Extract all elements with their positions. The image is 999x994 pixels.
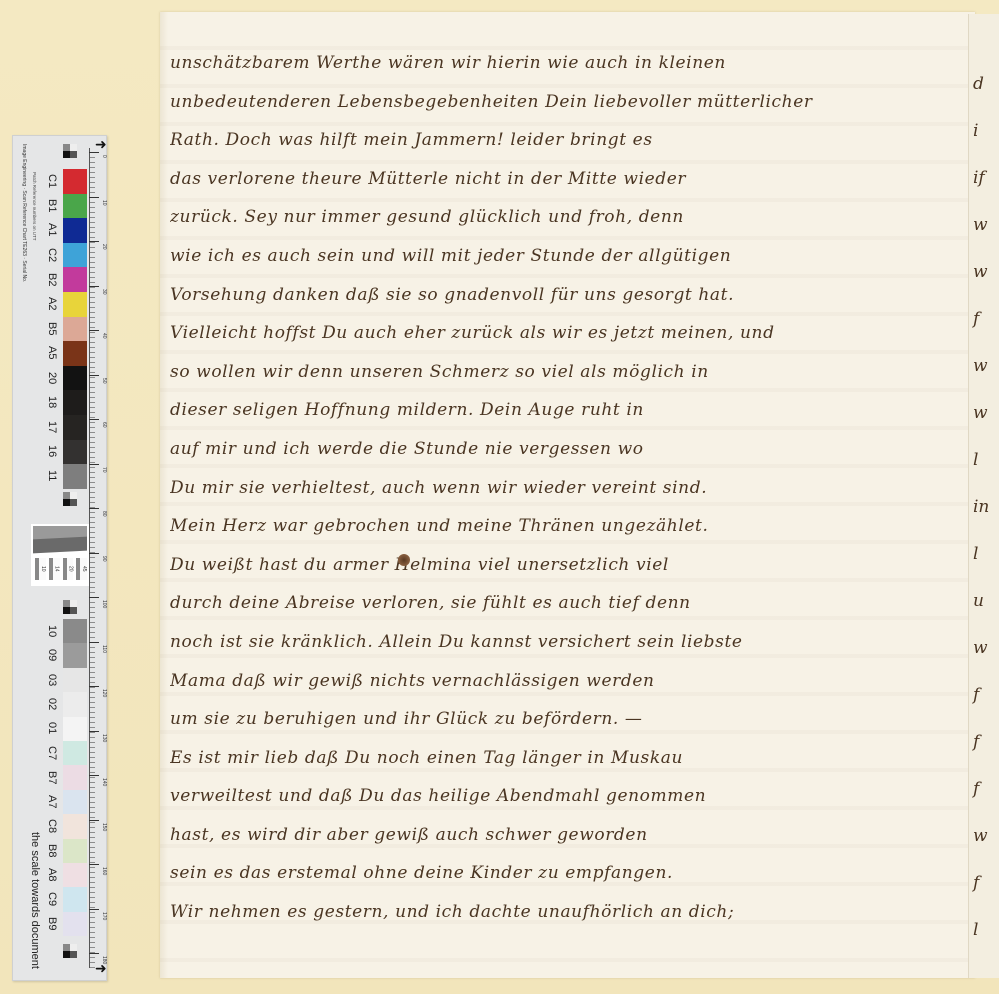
ruler-number: 0 xyxy=(97,155,107,158)
handwritten-line: Rath. Doch was hilft mein Jammern! leide… xyxy=(170,121,970,160)
handwritten-line: Vorsehung danken daß sie so gnadenvoll f… xyxy=(170,276,970,315)
ruler-number: 10 xyxy=(97,200,107,206)
color-patch-c1 xyxy=(63,169,87,194)
ruler-tick xyxy=(89,775,99,776)
ruler-tick xyxy=(89,152,99,153)
adjacent-page-fragment: d xyxy=(973,74,984,94)
patch-label: C9 xyxy=(41,887,63,911)
adjacent-page-fragment: w xyxy=(973,215,988,235)
patch-label: A8 xyxy=(41,863,63,887)
ruler-tick xyxy=(89,909,99,910)
color-patch-10 xyxy=(63,619,87,643)
patch-label: A7 xyxy=(41,790,63,814)
ruler-tick xyxy=(89,241,99,242)
ruler-number: 20 xyxy=(97,244,107,250)
patch-label: 01 xyxy=(41,717,63,741)
handwritten-line: wie ich es auch sein und will mit jeder … xyxy=(170,237,970,276)
ruler-number: 170 xyxy=(97,912,107,920)
handwritten-line: sein es das erstemal ohne deine Kinder z… xyxy=(170,854,970,893)
patch-label: 10 xyxy=(41,619,63,643)
color-patch-20 xyxy=(63,366,87,391)
ruler-tick xyxy=(89,375,99,376)
handwritten-line: Mama daß wir gewiß nichts vernachlässige… xyxy=(170,662,970,701)
color-patch-b7 xyxy=(63,765,87,789)
color-patch-c7 xyxy=(63,741,87,765)
ruler-tick xyxy=(89,686,99,687)
ruler-tick xyxy=(89,864,99,865)
color-patch-a2 xyxy=(63,292,87,317)
chart-manufacturer-text: Image Engineering · Scan Reference Chart… xyxy=(15,144,27,644)
handwritten-line: unschätzbarem Werthe wären wir hierin wi… xyxy=(170,44,970,83)
patch-label: B1 xyxy=(41,194,63,218)
ruler-tick xyxy=(89,642,99,643)
ruler-tick xyxy=(89,820,99,821)
ruler-number: 30 xyxy=(97,289,107,295)
adjacent-page-fragment: f xyxy=(973,873,979,893)
resolution-label: 14 xyxy=(49,558,60,580)
color-patch-b1 xyxy=(63,194,87,219)
ruler-tick xyxy=(89,731,99,732)
resolution-label: 10 xyxy=(35,558,46,580)
color-patch-c2 xyxy=(63,243,87,268)
adjacent-page-fragment: l xyxy=(973,544,978,564)
ruler-number: 110 xyxy=(97,645,107,653)
adjacent-page-fragment: f xyxy=(973,309,979,329)
patch-label: B2 xyxy=(41,267,63,291)
adjacent-page-fragment: w xyxy=(973,638,988,658)
color-patch-17 xyxy=(63,415,87,440)
adjacent-page-fragment: in xyxy=(973,497,989,517)
ruler-number: 160 xyxy=(97,867,107,875)
color-patch-b8 xyxy=(63,839,87,863)
scale-orientation-note: the scale towards document xyxy=(27,832,41,972)
handwritten-line: verweiltest und daß Du das heilige Abend… xyxy=(170,777,970,816)
patch-label: 09 xyxy=(41,643,63,667)
patch-label: A5 xyxy=(41,341,63,365)
adjacent-page-fragment: w xyxy=(973,403,988,423)
ruler-number: 130 xyxy=(97,734,107,742)
color-patch-11 xyxy=(63,464,87,489)
ruler-number: 140 xyxy=(97,778,107,786)
ruler-tick xyxy=(89,553,99,554)
ruler-number: 100 xyxy=(97,600,107,608)
color-patch-a5 xyxy=(63,341,87,366)
color-patch-01 xyxy=(63,717,87,741)
resolution-label: 45 xyxy=(76,558,87,580)
letter-page: unschätzbarem Werthe wären wir hierin wi… xyxy=(160,12,975,978)
color-patch-a8 xyxy=(63,863,87,887)
adjacent-page-fragment: u xyxy=(973,591,984,611)
patch-label: 03 xyxy=(41,668,63,692)
adjacent-page-fragment: if xyxy=(973,168,985,188)
handwritten-line: so wollen wir denn unseren Schmerz so vi… xyxy=(170,353,970,392)
gray-target-bottom xyxy=(63,944,77,958)
handwritten-line: zurück. Sey nur immer gesund glücklich u… xyxy=(170,198,970,237)
color-reference-chart: Image Engineering · Scan Reference Chart… xyxy=(12,135,107,981)
gray-target-mid xyxy=(63,492,77,506)
gray-target-lower xyxy=(63,600,77,614)
adjacent-page-fragment: w xyxy=(973,356,988,376)
adjacent-page-fragment: i xyxy=(973,121,978,141)
ruler-number: 90 xyxy=(97,556,107,562)
handwritten-line: noch ist sie kränklich. Allein Du kannst… xyxy=(170,623,970,662)
patch-label: 02 xyxy=(41,692,63,716)
ruler-tick xyxy=(89,597,99,598)
color-patch-09 xyxy=(63,643,87,667)
ruler-tick xyxy=(89,953,99,954)
color-patch-c9 xyxy=(63,887,87,911)
handwritten-line: Du weißt hast du armer Helmina viel uner… xyxy=(170,546,970,585)
adjacent-page-fragment: f xyxy=(973,779,979,799)
patch-label: C2 xyxy=(41,243,63,267)
color-patch-02 xyxy=(63,692,87,716)
ruler-tick xyxy=(89,286,99,287)
adjacent-page-fragment: w xyxy=(973,262,988,282)
handwritten-line: durch deine Abreise verloren, sie fühlt … xyxy=(170,584,970,623)
ink-blot xyxy=(398,554,410,566)
adjacent-page-fragment: f xyxy=(973,732,979,752)
handwritten-line: um sie zu beruhigen und ihr Glück zu bef… xyxy=(170,700,970,739)
patch-label: C8 xyxy=(41,814,63,838)
handwritten-line: Du mir sie verhieltest, auch wenn wir wi… xyxy=(170,469,970,508)
adjacent-page-fragment: l xyxy=(973,450,978,470)
color-patch-a7 xyxy=(63,790,87,814)
handwritten-line: Wir nehmen es gestern, und ich dachte un… xyxy=(170,893,970,932)
ruler-number: 120 xyxy=(97,689,107,697)
patch-label: B9 xyxy=(41,912,63,936)
adjacent-page-fragment: w xyxy=(973,826,988,846)
patch-label: B5 xyxy=(41,317,63,341)
handwritten-line: auf mir und ich werde die Stunde nie ver… xyxy=(170,430,970,469)
color-patch-a1 xyxy=(63,218,87,243)
color-patch-b9 xyxy=(63,912,87,936)
ruler-tick xyxy=(89,464,99,465)
ruler-number: 40 xyxy=(97,333,107,339)
ruler-number: 50 xyxy=(97,378,107,384)
ruler-number: 180 xyxy=(97,956,107,964)
patch-label: B8 xyxy=(41,839,63,863)
color-patch-03 xyxy=(63,668,87,692)
ruler-number: 80 xyxy=(97,511,107,517)
chart-patch-reference-text: Patch Reference numbers on UTT xyxy=(29,172,37,372)
adjacent-page-edge: diifwwfwwlinluwfffwfl xyxy=(968,14,999,978)
ruler-number: 70 xyxy=(97,467,107,473)
color-patch-c8 xyxy=(63,814,87,838)
patch-label: 18 xyxy=(41,390,63,414)
ruler-number: 150 xyxy=(97,823,107,831)
color-patch-18 xyxy=(63,390,87,415)
adjacent-page-fragment: f xyxy=(973,685,979,705)
patch-label: 17 xyxy=(41,415,63,439)
color-patch-16 xyxy=(63,440,87,465)
handwritten-line: dieser seligen Hoffnung mildern. Dein Au… xyxy=(170,391,970,430)
handwritten-line: Vielleicht hoffst Du auch eher zurück al… xyxy=(170,314,970,353)
patch-label: A2 xyxy=(41,292,63,316)
patch-label: B7 xyxy=(41,765,63,789)
patch-label: 20 xyxy=(41,366,63,390)
color-patch-b5 xyxy=(63,317,87,342)
adjacent-page-fragment: l xyxy=(973,920,978,940)
ruler-tick xyxy=(89,508,99,509)
patch-label: C1 xyxy=(41,169,63,193)
handwritten-line: Es ist mir lieb daß Du noch einen Tag lä… xyxy=(170,739,970,778)
patch-label: A1 xyxy=(41,218,63,242)
patch-label: 11 xyxy=(41,464,63,488)
handwritten-line: Mein Herz war gebrochen und meine Thräne… xyxy=(170,507,970,546)
handwritten-line: das verlorene theure Mütterle nicht in d… xyxy=(170,160,970,199)
resolution-target: 10 14 20 45 xyxy=(31,524,89,586)
patch-label: C7 xyxy=(41,741,63,765)
ruler-tick xyxy=(89,197,99,198)
handwritten-text: unschätzbarem Werthe wären wir hierin wi… xyxy=(170,44,970,932)
gray-target-top xyxy=(63,144,77,158)
ruler-tick xyxy=(89,419,99,420)
handwritten-line: unbedeutenderen Lebensbegebenheiten Dein… xyxy=(170,83,970,122)
resolution-label: 20 xyxy=(63,558,74,580)
ruler-tick xyxy=(89,330,99,331)
handwritten-line: hast, es wird dir aber gewiß auch schwer… xyxy=(170,816,970,855)
ruler-number: 60 xyxy=(97,422,107,428)
patch-label: 16 xyxy=(41,440,63,464)
color-patch-b2 xyxy=(63,267,87,292)
